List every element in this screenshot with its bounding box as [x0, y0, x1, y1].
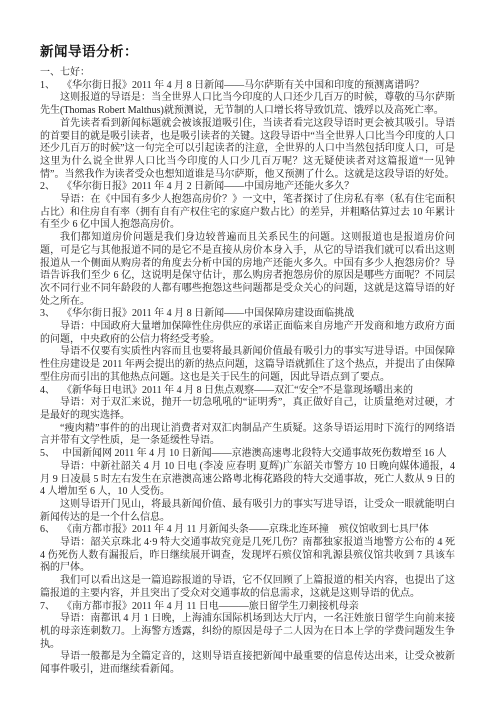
item-paragraph: “瘦肉精”事件的的出现让消费者对双汇肉制品产生质疑。这条导语运用时下流行的网络语…	[40, 423, 455, 448]
item-paragraph: 导语：韶关京珠北 4·9 特大交通事故究竟是几死几伤？南都独家报道当地警方公布的…	[40, 537, 455, 575]
news-item-4: 4、《新华每日电讯》2011 年 4 月 8 日焦点观察——双汇“安全”不是靠现…	[40, 385, 455, 449]
item-number: 7、	[40, 601, 55, 614]
news-item-6: 6、《南方都市报》2011 年 4 月 11 月新闻头条——京珠北连环撞 殡仪馆…	[40, 524, 455, 600]
item-headline: 《南方都市报》2011 年 4 月 11 月新闻头条——京珠北连环撞 殡仪馆收到…	[62, 524, 429, 535]
item-paragraph: 导语：中新社韶关 4 月 10 日电 (李凌 应春明 夏辉)广东韶关市警方 10…	[40, 461, 455, 499]
item-paragraph: 导语：南都讯 4 月 1 日晚，上海浦东国际机场到达大厅内，一名汪姓旅日留学生向…	[40, 613, 455, 651]
document-content: 新闻导语分析： 一、七好： 1、《华尔街日报》2011 年 4 月 8 日新闻—…	[40, 44, 455, 677]
news-item-2: 2、《华尔街日报》2011 年 4 月 2 日新闻——中国房地产还能火多久？ 导…	[40, 181, 455, 308]
item-paragraph: 导语：中国政府大量增加保障性住房供应的承诺正面临来自房地产开发商和地方政府方面的…	[40, 321, 455, 346]
item-number: 4、	[40, 385, 55, 398]
item-head-line: 5、中国新闻网 2011 年 4 月 10 日新闻——京港澳高速粤北段特大交通事…	[40, 448, 455, 461]
news-item-3: 3、《华尔街日报》2011 年 4 月 8 日新闻——中国保障房建设面临挑战 导…	[40, 308, 455, 384]
item-headline: 《华尔街日报》2011 年 4 月 8 日新闻——马尔萨斯有关中国和印度的预测离…	[62, 80, 424, 91]
item-paragraph: 首先读者看到新闻标题就会被该报道吸引住，当读者看完这段导语时更会被其吸引。导语的…	[40, 118, 455, 182]
item-number: 6、	[40, 524, 55, 537]
document-page: 新闻导语分析： 一、七好： 1、《华尔街日报》2011 年 4 月 8 日新闻—…	[0, 0, 496, 702]
item-paragraph: 这则报道的导语是：当全世界人口比当今印度的人口还少几百万的时候，尊敬的马尔萨斯先…	[40, 92, 455, 117]
item-head-line: 1、《华尔街日报》2011 年 4 月 8 日新闻——马尔萨斯有关中国和印度的预…	[40, 80, 455, 93]
news-items-list: 1、《华尔街日报》2011 年 4 月 8 日新闻——马尔萨斯有关中国和印度的预…	[40, 80, 455, 677]
item-paragraph: 导语不仅要有实质性内容而且也要将最具新闻价值最有吸引力的事实写进导语。中国保障性…	[40, 346, 455, 384]
item-paragraph: 我们可以看出这是一篇追踪报道的导语，它不仅回顾了上篇报道的相关内容，也提出了这篇…	[40, 575, 455, 600]
item-headline: 《华尔街日报》2011 年 4 月 2 日新闻——中国房地产还能火多久？	[62, 181, 354, 192]
item-headline: 《南方都市报》2011 年 4 月 11 日电———旅日留学生刀刺接机母亲	[62, 601, 359, 612]
item-headline: 中国新闻网 2011 年 4 月 10 日新闻——京港澳高速粤北段特大交通事故死…	[62, 448, 447, 459]
item-paragraph: 这则导语开门见山，将最具新闻价值、最有吸引力的事实写进导语，让受众一眼就能明白新…	[40, 499, 455, 524]
item-paragraph: 导语：在《中国有多少人抱怨高房价？》一文中，笔者探讨了住房私有率（私有住宅面积占…	[40, 194, 455, 232]
item-paragraph: 导语：对于双汇来说，抛开一切急吼吼的“证明秀”，真正做好自己，让质量绝对过硬，才…	[40, 397, 455, 422]
item-number: 2、	[40, 181, 55, 194]
item-head-line: 2、《华尔街日报》2011 年 4 月 2 日新闻——中国房地产还能火多久？	[40, 181, 455, 194]
item-headline: 《新华每日电讯》2011 年 4 月 8 日焦点观察——双汇“安全”不是靠现场嚼…	[62, 385, 413, 396]
section-intro: 一、七好：	[40, 67, 455, 80]
item-paragraph: 导语一般都是为全篇定音的，这则导语直接把新闻中最重要的信息传达出来，让受众被新闻…	[40, 651, 455, 676]
item-head-line: 3、《华尔街日报》2011 年 4 月 8 日新闻——中国保障房建设面临挑战	[40, 308, 455, 321]
news-item-1: 1、《华尔街日报》2011 年 4 月 8 日新闻——马尔萨斯有关中国和印度的预…	[40, 80, 455, 182]
item-paragraph: 我们都知道房价问题是我们身边较普遍而且关系民生的问题。这则报道也是报道房价问题，…	[40, 232, 455, 308]
item-number: 1、	[40, 80, 55, 93]
item-head-line: 4、《新华每日电讯》2011 年 4 月 8 日焦点观察——双汇“安全”不是靠现…	[40, 385, 455, 398]
item-number: 3、	[40, 308, 55, 321]
item-head-line: 6、《南方都市报》2011 年 4 月 11 月新闻头条——京珠北连环撞 殡仪馆…	[40, 524, 455, 537]
item-number: 5、	[40, 448, 55, 461]
news-item-7: 7、《南方都市报》2011 年 4 月 11 日电———旅日留学生刀刺接机母亲 …	[40, 601, 455, 677]
document-title: 新闻导语分析：	[40, 44, 455, 60]
item-headline: 《华尔街日报》2011 年 4 月 8 日新闻——中国保障房建设面临挑战	[62, 308, 354, 319]
item-head-line: 7、《南方都市报》2011 年 4 月 11 日电———旅日留学生刀刺接机母亲	[40, 601, 455, 614]
news-item-5: 5、中国新闻网 2011 年 4 月 10 日新闻——京港澳高速粤北段特大交通事…	[40, 448, 455, 524]
